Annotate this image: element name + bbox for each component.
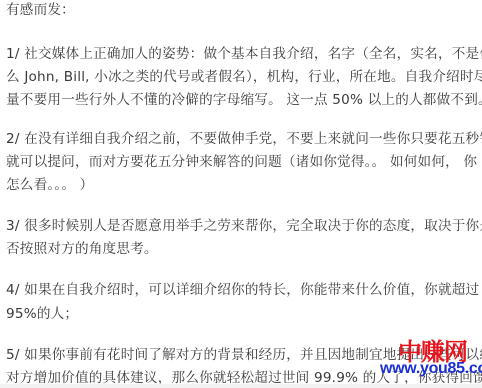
- paragraph-line: 量不要用一些行外人不懂的冷僻的字母缩写。 这一点 50% 以上的人都做不到。: [6, 91, 482, 109]
- paragraph-line: 2/ 在没有详细自我介绍之前，不要做伸手党，不要上来就问一些你只要花五秒钟: [6, 130, 482, 148]
- intro-heading: 有感而发：: [6, 1, 75, 19]
- paragraph-line: 就可以提问，而对方要花五分钟来解答的问题（诸如你觉得。。 如何如何， 你: [6, 153, 477, 171]
- bottom-divider: [0, 384, 482, 388]
- paragraph-line: 4/ 如果在自我介绍时，可以详细介绍你的特长，你能带来什么价值，你就超过: [6, 281, 479, 299]
- watermark-url: www.you85.com: [380, 360, 482, 378]
- paragraph-line: 么 John, Bill, 小冰之类的代号或者假名），机构，行业，所在地。自我介…: [6, 68, 482, 86]
- paragraph-line: 1/ 社交媒体上正确加人的姿势：做个基本自我介绍，名字（全名，实名，不是什: [6, 45, 482, 63]
- paragraph-line: 3/ 很多时候别人是否愿意用举手之劳来帮你，完全取决于你的态度，取决于你是: [6, 217, 482, 235]
- paragraph-line: 怎么看。。。 ）: [6, 176, 93, 194]
- paragraph-line: 否按照对方的角度思考。: [6, 240, 158, 258]
- paragraph-line: 95%的人；: [6, 305, 78, 323]
